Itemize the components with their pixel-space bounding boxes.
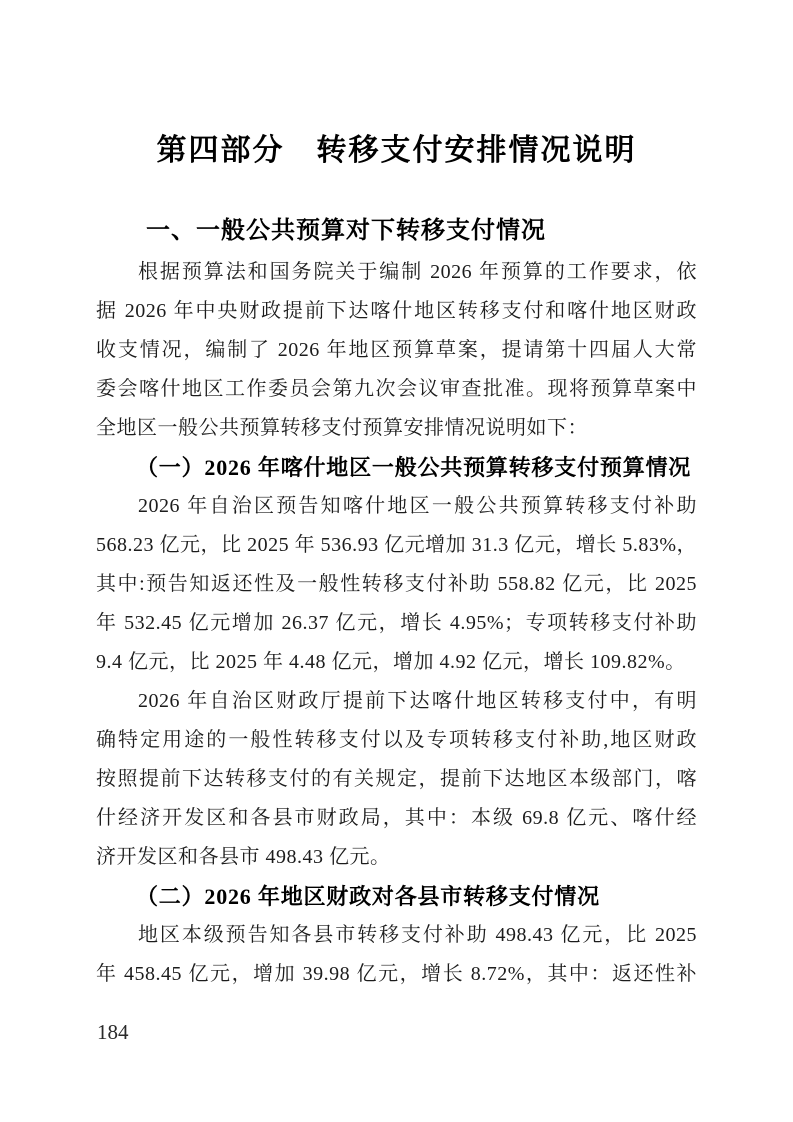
body-line: 根据预算法和国务院关于编制 2026 年预算的工作要求，依 — [96, 253, 697, 292]
body-line: 2026 年自治区预告知喀什地区一般公共预算转移支付补助 — [96, 487, 697, 526]
body-line: 按照提前下达转移支付的有关规定，提前下达地区本级部门，喀 — [96, 760, 697, 799]
subsection-heading-1: （一）2026 年喀什地区一般公共预算转移支付预算情况 — [96, 448, 697, 487]
body-line: 9.4 亿元，比 2025 年 4.48 亿元，增加 4.92 亿元，增长 10… — [96, 643, 697, 682]
body-line: 委会喀什地区工作委员会第九次会议审查批准。现将预算草案中 — [96, 370, 697, 409]
body-line: 确特定用途的一般性转移支付以及专项转移支付补助,地区财政 — [96, 721, 697, 760]
body-line: 568.23 亿元，比 2025 年 536.93 亿元增加 31.3 亿元，增… — [96, 526, 697, 565]
page-title: 第四部分 转移支付安排情况说明 — [0, 131, 793, 171]
body-line: 其中:预告知返还性及一般性转移支付补助 558.82 亿元，比 2025 — [96, 565, 697, 604]
body-line: 据 2026 年中央财政提前下达喀什地区转移支付和喀什地区财政 — [96, 292, 697, 331]
body-line: 年 458.45 亿元，增加 39.98 亿元，增长 8.72%，其中：返还性补 — [96, 955, 697, 994]
body-line: 地区本级预告知各县市转移支付补助 498.43 亿元，比 2025 — [96, 916, 697, 955]
document-page: 第四部分 转移支付安排情况说明 一、一般公共预算对下转移支付情况 根据预算法和国… — [0, 0, 793, 1122]
document-body: 根据预算法和国务院关于编制 2026 年预算的工作要求，依 据 2026 年中央… — [96, 253, 697, 994]
body-line: 年 532.45 亿元增加 26.37 亿元，增长 4.95%；专项转移支付补助 — [96, 604, 697, 643]
body-line: 什经济开发区和各县市财政局，其中：本级 69.8 亿元、喀什经 — [96, 799, 697, 838]
body-line: 济开发区和各县市 498.43 亿元。 — [96, 838, 697, 877]
subsection-heading-2: （二）2026 年地区财政对各县市转移支付情况 — [96, 877, 697, 916]
page-number: 184 — [97, 1013, 129, 1052]
section-heading-general-transfer: 一、一般公共预算对下转移支付情况 — [146, 213, 546, 249]
body-line: 收支情况，编制了 2026 年地区预算草案，提请第十四届人大常 — [96, 331, 697, 370]
body-line: 2026 年自治区财政厅提前下达喀什地区转移支付中，有明 — [96, 682, 697, 721]
body-line: 全地区一般公共预算转移支付预算安排情况说明如下： — [96, 409, 697, 448]
